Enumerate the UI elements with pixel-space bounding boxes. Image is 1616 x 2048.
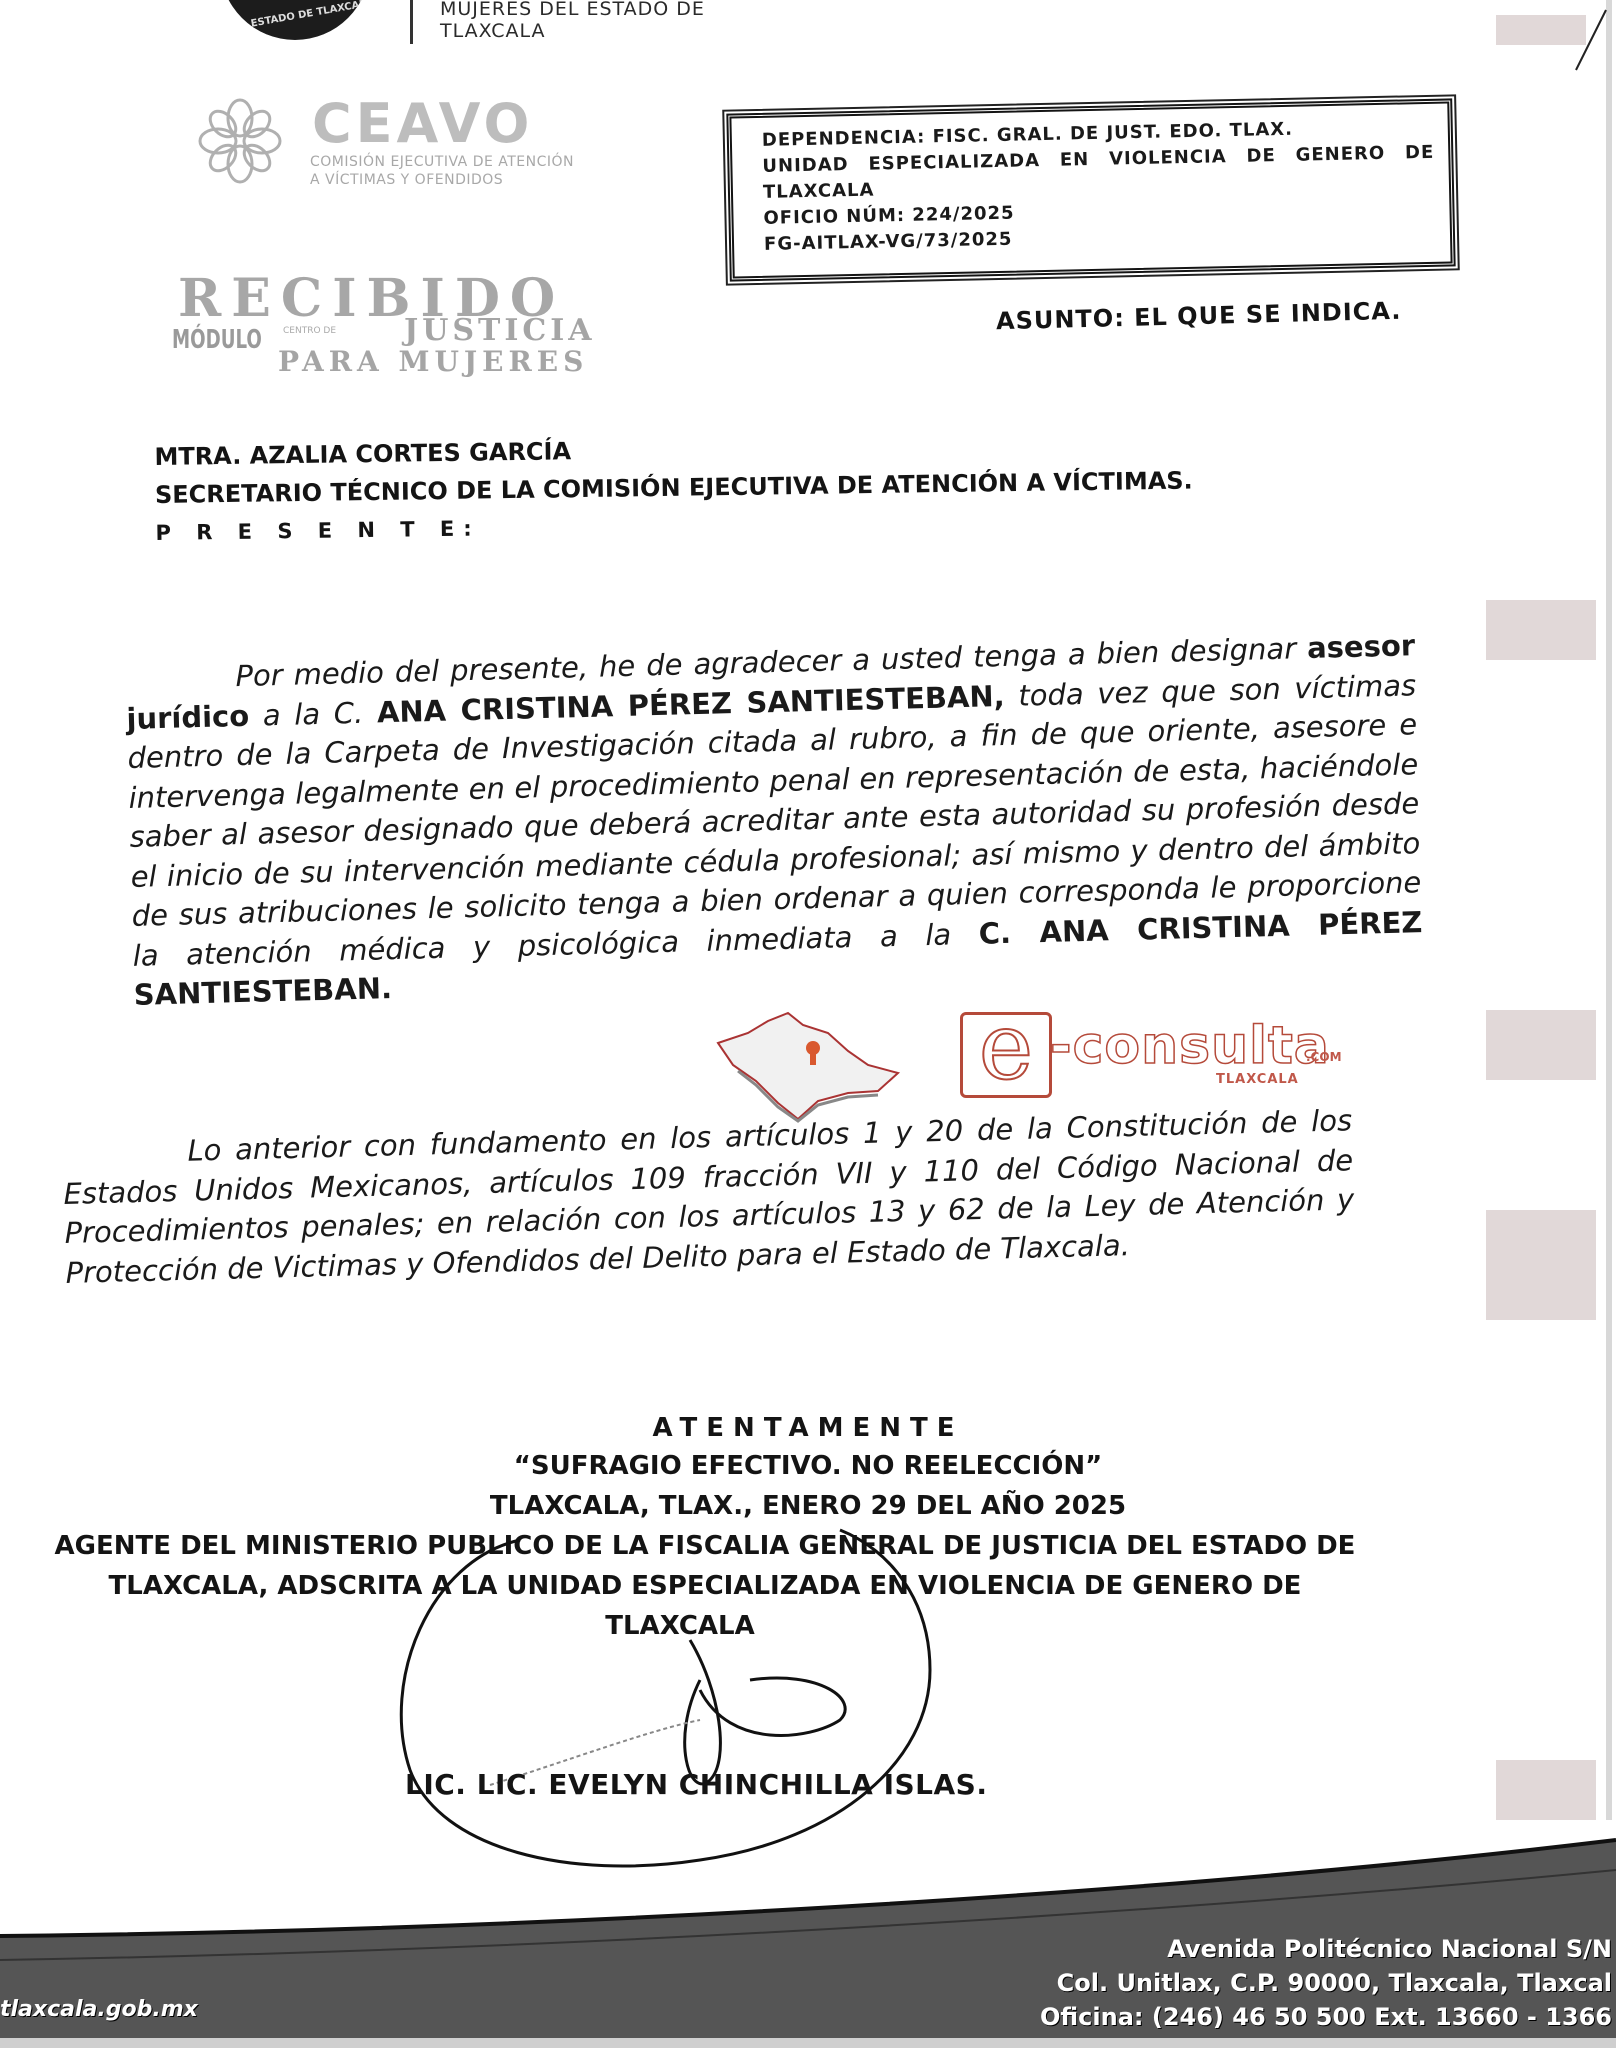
seal-text: ESTADO DE TLAXCALA [250, 0, 370, 30]
econsulta-domain: .COM [1306, 1050, 1342, 1064]
scan-edge-artifacts [1456, 0, 1616, 1820]
ceavo-subtitle-line: COMISIÓN EJECUTIVA DE ATENCIÓN [310, 153, 574, 171]
closing-position-line: TLAXCALA [0, 1606, 1360, 1646]
scan-bottom-edge [0, 2038, 1616, 2048]
econsulta-city: TLAXCALA [1216, 1072, 1299, 1087]
header-org-line: TLAXCALA [440, 20, 705, 42]
stamp-women-label: PARA MUJERES [278, 345, 588, 378]
footer-address-line: Col. Unitlax, C.P. 90000, Tlaxcala, Tlax… [1040, 1966, 1612, 2000]
stamp-justice-label: JUSTICIA [404, 313, 596, 348]
reference-box: DEPENDENCIA: FISC. GRAL. DE JUST. EDO. T… [726, 98, 1455, 281]
ceavo-title: CEAVO [312, 92, 533, 155]
signer-name: LIC. LIC. EVELYN CHINCHILLA ISLAS. [405, 1768, 987, 1801]
ceavo-subtitle-line: A VÍCTIMAS Y OFENDIDOS [310, 171, 574, 189]
addressee-block: MTRA. AZALIA CORTES GARCÍA SECRETARIO TÉ… [154, 424, 1193, 552]
header-org-line: MUJERES DEL ESTADO DE [440, 0, 705, 20]
body-paragraph-legal-basis: Lo anterior con fundamento en los artícu… [62, 1101, 1356, 1293]
body-paragraph-request: Por medio del presente, he de agradecer … [125, 626, 1424, 1015]
ceavo-subtitle: COMISIÓN EJECUTIVA DE ATENCIÓN A VÍCTIMA… [310, 153, 574, 189]
closing-place-date: TLAXCALA, TLAX., ENERO 29 DEL AÑO 2025 [0, 1486, 1616, 1526]
header-divider [410, 0, 413, 44]
closing-motto: “SUFRAGIO EFECTIVO. NO REELECCIÓN” [0, 1446, 1616, 1486]
scanned-letter: ESTADO DE TLAXCALA MUJERES DEL ESTADO DE… [0, 0, 1616, 2048]
econsulta-logo-icon: e [960, 1012, 1052, 1098]
footer-address: Avenida Politécnico Nacional S/N Col. Un… [1040, 1932, 1612, 2034]
stamp-module-label: MÓDULO [172, 325, 262, 355]
subject-line: ASUNTO: EL QUE SE INDICA. [996, 297, 1402, 336]
closing-salutation: ATENTAMENTE [0, 1408, 1616, 1448]
footer-phone: Oficina: (246) 46 50 500 Ext. 13660 - 13… [1040, 2000, 1612, 2034]
closing-position-line: TLAXCALA, ADSCRITA A LA UNIDAD ESPECIALI… [60, 1566, 1350, 1606]
econsulta-logo-text: -consulta [1050, 1016, 1330, 1076]
tlaxcala-map-icon [708, 1003, 908, 1123]
body-text: a la C. [249, 695, 378, 732]
ceavo-flower-icon [190, 96, 290, 186]
header-organization: MUJERES DEL ESTADO DE TLAXCALA [440, 0, 705, 42]
body-text: Lo anterior con fundamento en los artícu… [63, 1103, 1354, 1289]
fiscalia-seal-logo: ESTADO DE TLAXCALA [220, 0, 370, 40]
closing-position-line: AGENTE DEL MINISTERIO PUBLICO DE LA FISC… [40, 1526, 1370, 1566]
footer-website-link[interactable]: tlaxcala.gob.mx [0, 1997, 198, 2022]
stamp-center-label: CENTRO DE [283, 326, 336, 336]
footer-address-line: Avenida Politécnico Nacional S/N [1040, 1932, 1612, 1966]
